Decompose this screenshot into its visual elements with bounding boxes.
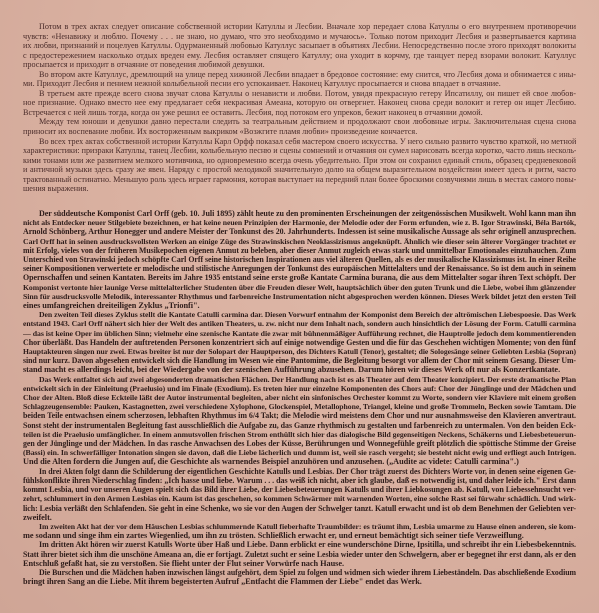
paragraph: В третьем акте прежде всего снова звучат… [23,89,576,118]
text-line: zehrt, schlummert in den Armen Lesbias e… [23,494,576,503]
text-line: Sonst steht der instrumentalen Begleitun… [23,421,576,430]
text-line: Das Werk entfaltet sich auf zwei abgeson… [23,375,576,384]
text-line: Und die Alten fordern die Jungen auf, di… [23,457,576,466]
text-line: Arnold Schönberg, Arthur Honegger und an… [23,227,576,236]
text-line: entwickelt sich in der Einleitung (Prael… [23,384,576,393]
paragraph: Потом в трех актах следует описание собс… [23,22,576,70]
paragraph: Das Werk entfaltet sich auf zwei abgeson… [23,375,576,467]
text-line: Между тем юноши и девушки давно перестал… [23,117,576,127]
text-line: zweifelt. [23,513,576,522]
text-line: приносит их воспевание любви. Их восторж… [23,127,576,137]
russian-text-section: Потом в трех актах следует описание собс… [23,22,576,194]
text-line: Hauptakteuren singen nur zwei. Etwas bre… [23,347,576,356]
text-line: Schlagzeugensemble: Pauken, Kastagnetten… [23,402,576,411]
text-line: Во втором акте Катуллус, дремлющий на ул… [23,70,576,80]
text-line: Во всех трех актах собственной истории К… [23,137,576,147]
text-line: Carl Orff hat in seinen ausdrucksvollste… [23,237,576,246]
text-line: Statt ihrer bietet sich ihm die unschöne… [23,550,576,559]
text-line: В третьем акте прежде всего снова звучат… [23,89,576,99]
text-line: Chor überläßt. Das Handeln der auftreten… [23,338,576,347]
paragraph: Der süddeutsche Komponist Carl Orff (geb… [23,209,576,310]
text-line: Потом в трех актах следует описание собс… [23,22,576,32]
text-line: Komponist vertonte hier launige Verse mi… [23,283,576,292]
text-line: характеристики: призраки Катуллы, танец … [23,146,576,156]
text-line: и античной музыки здесь сразу же явен. Н… [23,165,576,175]
text-line: Встречается с ней лишь тогда, когда он у… [23,108,576,118]
text-line: Opernschaffen und seinen Kantaten. Berei… [23,273,576,282]
paragraph: In drei Akten folgt dann die Schilderung… [23,467,576,522]
text-line: Sinn für ausdrucksvolle Melodik, interes… [23,292,576,301]
text-line: просыпается и приходит в отчаяние от пов… [23,60,576,70]
text-line: entstand 1943. Carl Orff nähert sich hie… [23,319,576,328]
text-line: kommt Lesbia, und vor unseren Augen spie… [23,485,576,494]
paragraph: Во втором акте Катуллус, дремлющий на ул… [23,70,576,89]
text-line: bringt ihren Sang an die Liebe. Mit ihre… [23,577,576,586]
text-line: mit Erfolg, vieles von der früheren Musi… [23,246,576,255]
text-line: In drei Akten folgt dann die Schilderung… [23,467,576,476]
text-line: ное признание. Однако вместо нее ему пре… [23,98,576,108]
paragraph: Die Burschen und die Mädchen haben inzwi… [23,568,576,586]
text-line: teilen ist die Praelusio umfänglicher. I… [23,430,576,439]
text-line: nicht als Entdecker neuer Stilgebiete be… [23,218,576,227]
paragraph: Im zweiten Akt hat der vor dem Häuschen … [23,522,576,540]
paragraph: Между тем юноши и девушки давно перестал… [23,117,576,136]
paragraph: Во всех трех актах собственной истории К… [23,137,576,194]
german-text-section: Der süddeutsche Komponist Carl Orff (geb… [23,209,576,586]
text-line: Im zweiten Akt hat der vor dem Häuschen … [23,522,576,531]
text-line: их любви, признаний и поцелуев Катуллы. … [23,41,576,51]
text-line: — das ist keine Oper im üblichen Sinn; v… [23,329,576,338]
text-line: Der süddeutsche Komponist Carl Orff (geb… [23,209,576,218]
text-line: lich: Lesbia verläßt den Schlafenden. Si… [23,504,576,513]
text-line: ми. Приходит Лесбия и пением нежной колы… [23,79,576,89]
text-line: Unterschied von Strawinski jedoch schöpf… [23,255,576,264]
text-line: stand macht es allerdings leicht, bei de… [23,365,576,374]
text-line: seiner Kompositionen verwertete er melod… [23,264,576,273]
paragraph: Im dritten Akt hören wir zuerst Katulls … [23,540,576,568]
text-line: fühlskonflikte ihren Niederschlag finden… [23,476,576,485]
text-line: трактованный остинатно. Меньшую роль зде… [23,175,576,185]
text-line: кими тонами или же развитием мелкого мот… [23,156,576,166]
text-line: Im dritten Akt hören wir zuerst Katulls … [23,540,576,549]
text-line: sind nur kurz. Davon abgesehen entwickel… [23,356,576,365]
text-line: Die Burschen und die Mädchen haben inzwi… [23,568,576,577]
text-line: чувств: «Ненавижу и люблю. Почему . . . … [23,32,576,42]
text-line: с предостережением насколько отдых вреде… [23,51,576,61]
text-line: eines umfangreichen dreiteiligen Zyklus … [23,301,576,310]
text-line: шения выражения. [23,184,576,194]
paragraph: Den zweiten Teil dieses Zyklus stellt di… [23,310,576,374]
text-line: gen der Jünglinge und der Mädchen. In da… [23,439,576,448]
text-line: Entschluß gefaßt hat, sie zu verstoßen. … [23,559,576,568]
text-line: beiden Teile entwachsen einem scherzosen… [23,411,576,420]
text-line: (Bassi) ein. In schwerfälliger Intonatio… [23,448,576,457]
text-line: me sodann und singe ihm ein zartes Wiege… [23,531,576,540]
text-line: Chor der Alten. Bloß diese Eckteile läßt… [23,393,576,402]
text-line: Den zweiten Teil dieses Zyklus stellt di… [23,310,576,319]
